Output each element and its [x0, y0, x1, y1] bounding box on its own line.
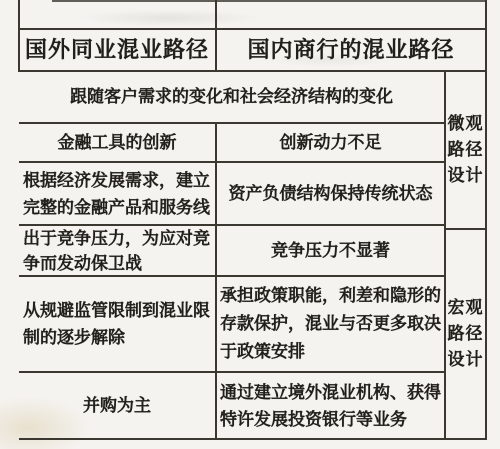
scanned-table-page: 国外同业混业路径 国内商行的混业路径 跟随客户需求的变化和社会经济结构的变化 金… — [0, 0, 500, 449]
side-label-macro-path-design: 宏观 路径 设计 — [446, 230, 485, 438]
cell-domestic-competition: 竞争压力不显著 — [217, 226, 444, 275]
header-cell-domestic-path: 国内商行的混业路径 — [217, 30, 485, 70]
cell-domestic-innovation: 创新动力不足 — [217, 124, 444, 161]
border-right — [485, 0, 487, 440]
border-top-edge-artifact — [52, 0, 486, 2]
cell-domestic-offshore: 通过建立境外混业机构、获得 特许发展投资银行等业务 — [220, 373, 444, 438]
cell-domestic-policy: 承担政策职能，利差和隐形的 存款保护，混业与否更多取决 于政策安排 — [220, 277, 444, 371]
cell-foreign-competition: 出于竞争压力，为应对竞 争而发动保卫战 — [23, 226, 215, 275]
side-label-micro-path-design: 微观 路径 设计 — [446, 72, 485, 228]
cell-foreign-mna: 并购为主 — [19, 373, 215, 438]
cell-foreign-product-line: 根据经济发展需求，建立 完整的金融产品和服务线 — [23, 163, 215, 224]
cell-foreign-innovation: 金融工具的创新 — [19, 124, 215, 161]
cell-domestic-balance-sheet: 资产负债结构保持传统状态 — [217, 163, 444, 224]
border-bottom — [19, 438, 487, 440]
cell-merged-demand-driver: 跟随客户需求的变化和社会经济结构的变化 — [19, 72, 444, 122]
header-cell-foreign-path: 国外同业混业路径 — [19, 30, 215, 70]
cell-foreign-regulation: 从规避监管限制到混业限 制的逐步解除 — [23, 277, 215, 371]
